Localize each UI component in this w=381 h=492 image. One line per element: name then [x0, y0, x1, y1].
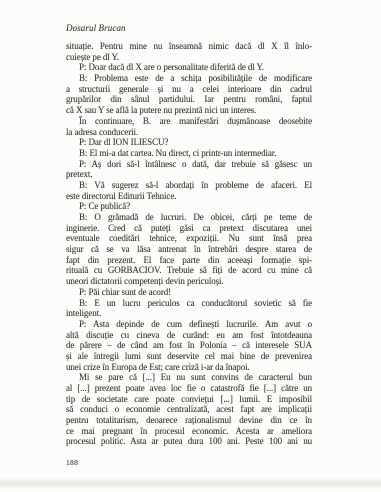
text-line: procesul politic. Asta ar putea dura 100… [66, 436, 312, 447]
text-line: inteligent. [66, 308, 312, 319]
text-line: pretext. [66, 169, 312, 180]
text-line: P: Dar dl ION ILIESCU? [66, 137, 312, 148]
text-line: P: Asta depinde de cum definești lucruri… [66, 319, 312, 330]
text-line: a structurii generale și nu a celei inte… [66, 84, 312, 95]
text-line: uneori dictatorii competenți devin peric… [66, 276, 312, 287]
text-line: unei crize în Europa de Est; care criză … [66, 362, 312, 373]
text-line: fapt din prezent. El face parte din acee… [66, 255, 312, 266]
scan-edge-shadow [0, 478, 381, 489]
text-line: pentru totalitarism, deoarece raționalis… [66, 415, 312, 426]
text-line: În continuare, B. are manifestări dușmăn… [66, 116, 312, 127]
text-line: situație. Pentru mine nu înseamnă nimic … [66, 41, 312, 52]
text-line: al [...] prezent poate avea loc fie o ca… [66, 383, 312, 394]
text-line: eventuale coeditări tehnice, expoziții. … [66, 233, 312, 244]
text-line: sigur că se va lăsa antrenat în întrebăr… [66, 244, 312, 255]
text-line: Mi se pare că [...] Eu nu sunt convins d… [66, 372, 312, 383]
page-content: Dosarul Brucan situație. Pentru mine nu … [66, 23, 312, 467]
text-line: P: Ce publică? [66, 201, 312, 212]
text-line: grupărilor din sânul partidului. Iar pen… [66, 94, 312, 105]
text-line: cuiește pe dl Y. [66, 52, 312, 63]
text-line: la adresa conducerii. [66, 127, 312, 138]
book-page: Dosarul Brucan situație. Pentru mine nu … [0, 0, 381, 492]
text-line: B: El mi-a dat cartea. Nu direct, ci pri… [66, 148, 312, 159]
text-line: P: Aș dori să-l întâlnesc o dată, dar tr… [66, 159, 312, 170]
text-line: tip de societate care poate conviețui [.… [66, 394, 312, 405]
text-line: B: O grămadă de lucruri. De obicei, cărț… [66, 212, 312, 223]
text-line: B: E un lucru periculos ca conducătorul … [66, 298, 312, 309]
running-head: Dosarul Brucan [66, 23, 312, 33]
text-line: de părere – de când am fost în Polonia –… [66, 340, 312, 351]
text-line: B: Vă sugerez să-l abordați în probleme … [66, 180, 312, 191]
text-line: P: Doar dacă dl X are o personalitate di… [66, 62, 312, 73]
page-number: 188 [66, 458, 312, 467]
text-line: rituală cu GORBACIOV. Trebuie să fiți de… [66, 265, 312, 276]
text-line: B: Problema este de a schița posibilităț… [66, 73, 312, 84]
text-line: este directorul Editurii Tehnice. [66, 191, 312, 202]
text-line: P: Păi chiar sunt de acord! [66, 287, 312, 298]
body-text: situație. Pentru mine nu înseamnă nimic … [66, 41, 312, 447]
text-line: ce mai pregnant în procesul economic. Ac… [66, 426, 312, 437]
text-line: inginerie. Cred că puteți găsi ca pretex… [66, 223, 312, 234]
text-line: altă discuție cu cineva de curând: eu am… [66, 330, 312, 341]
text-line: să conduci o economie centralizată, aces… [66, 404, 312, 415]
text-line: că X sau Y se află la putere nu prezintă… [66, 105, 312, 116]
text-line: și ale întregii lumi sunt deservite cel … [66, 351, 312, 362]
